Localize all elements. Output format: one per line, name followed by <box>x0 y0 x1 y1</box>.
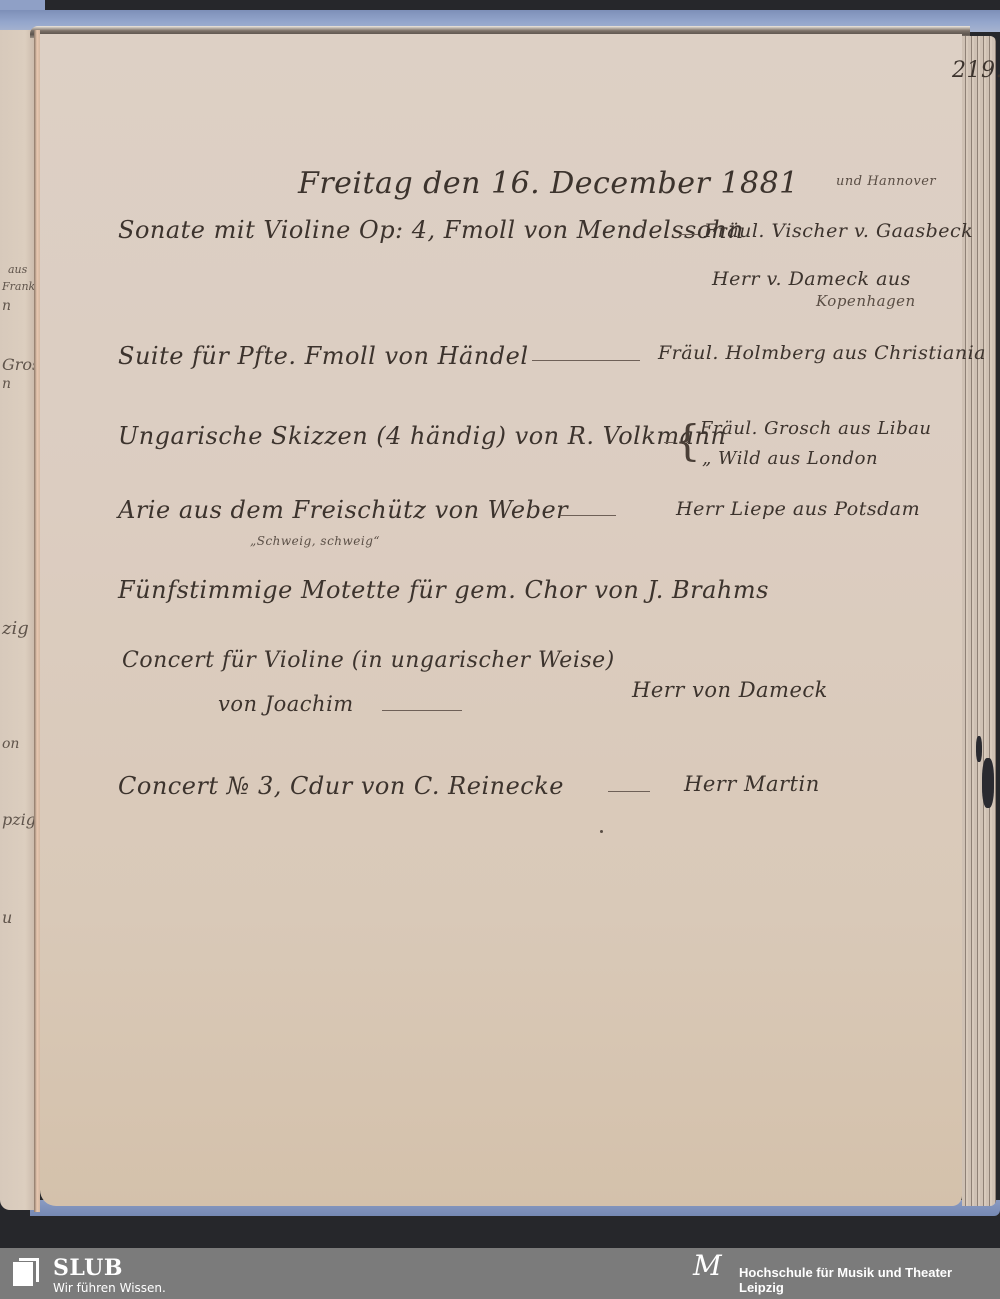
performer-name: Herr von Dameck <box>632 678 828 702</box>
performer-name: Herr Liepe aus Potsdam <box>676 498 920 520</box>
separator-dash <box>560 515 616 516</box>
ink-spot <box>600 830 603 833</box>
slub-tagline: Wir führen Wissen. <box>53 1281 166 1295</box>
program-item-title: Fünfstimmige Motette für gem. Chor von J… <box>118 576 769 604</box>
left-page-fragment: aus <box>8 263 27 276</box>
separator-dash <box>680 234 698 235</box>
page-number: 219. <box>952 58 1000 83</box>
facing-page-left: aus Frankf n Gross, n zig on pzig u <box>0 30 36 1210</box>
page-heading-date: Freitag den 16. December 1881 <box>298 166 799 201</box>
program-item-title: Sonate mit Violine Op: 4, Fmoll von Mend… <box>118 216 744 244</box>
left-page-fragment: n <box>2 376 11 392</box>
left-page-fragment: u <box>2 908 12 927</box>
performer-name: Herr Martin <box>684 772 820 796</box>
performer-annotation: Kopenhagen <box>816 292 916 310</box>
program-item-title-continued: von Joachim <box>218 692 354 716</box>
slub-brand-name[interactable]: SLUB <box>53 1255 123 1281</box>
page-stack-fore-edge <box>962 36 996 1206</box>
program-item-title: Concert № 3, Cdur von C. Reinecke <box>118 772 564 800</box>
program-item-title: Suite für Pfte. Fmoll von Händel <box>118 342 529 370</box>
program-item-subtitle: „Schweig, schweig“ <box>250 534 380 548</box>
left-page-fragment: on <box>2 736 19 752</box>
performer-name: Fräul. Holmberg aus Christiania <box>658 342 986 364</box>
thumb-index-mark <box>976 736 982 762</box>
left-page-fragment: n <box>2 298 11 314</box>
separator-dash <box>382 710 462 711</box>
performer-brace: { <box>674 416 701 465</box>
performer-name: „ Wild aus London <box>702 448 878 469</box>
program-item-title: Concert für Violine (in ungarischer Weis… <box>122 648 615 673</box>
left-page-fragment: zig <box>2 618 29 639</box>
program-item-title: Arie aus dem Freischütz von Weber <box>118 496 568 524</box>
separator-dash <box>532 360 640 361</box>
manuscript-page: 219. Freitag den 16. December 1881 Sonat… <box>40 34 962 1206</box>
slub-logo-icon[interactable] <box>13 1258 39 1286</box>
performer-name: Herr v. Dameck aus <box>712 268 911 290</box>
viewer-footer: SLUB Wir führen Wissen. M Hochschule für… <box>0 1248 1000 1299</box>
left-page-fragment: pzig <box>2 810 36 829</box>
hmt-logo-icon[interactable]: M <box>693 1253 727 1295</box>
thumb-index-mark <box>982 758 994 808</box>
performer-annotation: und Hannover <box>836 174 936 189</box>
performer-name: Fräul. Vischer v. Gaasbeck <box>704 220 973 242</box>
separator-dash <box>664 442 674 443</box>
separator-dash <box>608 791 650 792</box>
performer-name: Fräul. Grosch aus Libau <box>700 418 931 439</box>
hmt-institution-name[interactable]: Hochschule für Musik und Theater Leipzig <box>739 1265 1000 1295</box>
scanned-page-viewer: aus Frankf n Gross, n zig on pzig u 219.… <box>0 0 1000 1248</box>
program-item-title: Ungarische Skizzen (4 händig) von R. Vol… <box>118 422 726 450</box>
